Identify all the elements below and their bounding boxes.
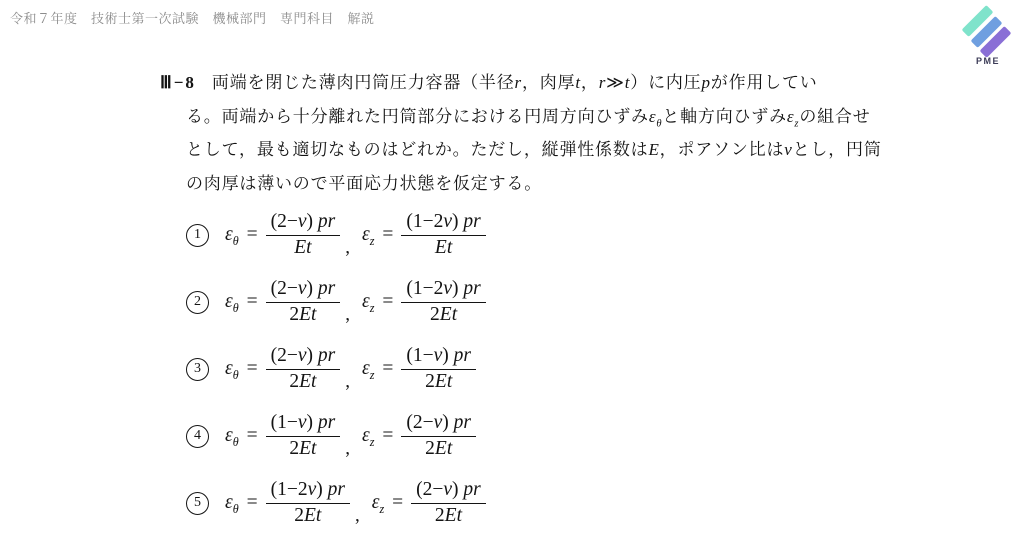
option-5-eps-z-formula: εz = (2−ν) pr 2Et	[372, 479, 486, 527]
fraction-denominator: 2Et	[435, 504, 462, 527]
option-3-eps-theta-formula: εθ = (2−ν) pr 2Et	[225, 345, 340, 393]
eps-theta-symbol: εθ	[225, 358, 239, 380]
fraction-denominator: 2Et	[294, 504, 321, 527]
option-2-number: 2	[186, 291, 209, 314]
fraction: (2−ν) pr 2Et	[266, 278, 341, 326]
eps-theta-symbol: εθ	[225, 492, 239, 514]
question-line-1: Ⅲ−8両端を閉じた薄肉円筒圧力容器（半径r，肉厚t，r≫t）に内圧pが作用してい	[160, 66, 890, 100]
fraction: (2−ν) pr 2Et	[411, 479, 486, 527]
fraction: (1−2ν) pr Et	[401, 211, 485, 259]
fraction-denominator: 2Et	[289, 437, 316, 460]
pme-logo-mark	[962, 3, 1014, 55]
equals-sign: =	[247, 291, 258, 313]
option-2-eps-theta-formula: εθ = (2−ν) pr 2Et	[225, 278, 340, 326]
option-row-4: 4 εθ = (1−ν) pr 2Et , εz = (2−ν) pr 2Et	[186, 408, 486, 464]
answer-options-list: 1 εθ = (2−ν) pr Et , εz = (1−2ν) pr Et 2	[186, 207, 486, 542]
eps-z-symbol: εz	[372, 492, 384, 514]
fraction-numerator: (2−ν) pr	[266, 345, 341, 370]
question-number: Ⅲ−8	[160, 73, 196, 92]
fraction-numerator: (1−2ν) pr	[266, 479, 350, 504]
fraction-denominator: Et	[294, 236, 311, 259]
document-title: 令和７年度 技術士第一次試験 機械部門 専門科目 解説	[10, 11, 375, 26]
fraction: (1−ν) pr 2Et	[401, 345, 476, 393]
eps-theta-symbol: εθ	[225, 291, 239, 313]
comma-separator: ,	[345, 438, 350, 460]
option-row-2: 2 εθ = (2−ν) pr 2Et , εz = (1−2ν) pr 2Et	[186, 274, 486, 330]
option-4-eps-z-formula: εz = (2−ν) pr 2Et	[362, 412, 476, 460]
fraction: (2−ν) pr Et	[266, 211, 341, 259]
equals-sign: =	[382, 224, 393, 246]
fraction-numerator: (2−ν) pr	[411, 479, 486, 504]
fraction-numerator: (1−2ν) pr	[401, 278, 485, 303]
fraction: (1−2ν) pr 2Et	[401, 278, 485, 326]
eps-z-symbol: εz	[362, 425, 374, 447]
question-line-4: の肉厚は薄いので平面応力状態を仮定する。	[186, 167, 890, 201]
eps-z-symbol: εz	[362, 291, 374, 313]
equals-sign: =	[247, 224, 258, 246]
comma-separator: ,	[345, 237, 350, 259]
pme-logo-text: PME	[959, 56, 1017, 66]
fraction-denominator: 2Et	[425, 437, 452, 460]
fraction-numerator: (2−ν) pr	[401, 412, 476, 437]
option-4-number: 4	[186, 425, 209, 448]
option-5-number: 5	[186, 492, 209, 515]
comma-separator: ,	[355, 505, 360, 527]
question-line-2: る。両端から十分離れた円筒部分における円周方向ひずみεθと軸方向ひずみεzの組合…	[186, 100, 890, 134]
comma-separator: ,	[345, 371, 350, 393]
eps-theta-symbol: εθ	[225, 425, 239, 447]
eps-z-symbol: εz	[362, 224, 374, 246]
fraction-numerator: (1−2ν) pr	[401, 211, 485, 236]
option-3-number: 3	[186, 358, 209, 381]
equals-sign: =	[382, 358, 393, 380]
fraction-denominator: 2Et	[289, 370, 316, 393]
option-5-eps-theta-formula: εθ = (1−2ν) pr 2Et	[225, 479, 350, 527]
fraction-denominator: Et	[435, 236, 452, 259]
fraction: (1−ν) pr 2Et	[266, 412, 341, 460]
option-row-1: 1 εθ = (2−ν) pr Et , εz = (1−2ν) pr Et	[186, 207, 486, 263]
option-row-3: 3 εθ = (2−ν) pr 2Et , εz = (1−ν) pr 2Et	[186, 341, 486, 397]
eps-z-symbol: εz	[362, 358, 374, 380]
fraction-numerator: (1−ν) pr	[401, 345, 476, 370]
fraction: (2−ν) pr 2Et	[401, 412, 476, 460]
exam-document-page: 令和７年度 技術士第一次試験 機械部門 専門科目 解説 PME Ⅲ−8両端を閉じ…	[0, 0, 1024, 544]
equals-sign: =	[382, 425, 393, 447]
option-1-eps-theta-formula: εθ = (2−ν) pr Et	[225, 211, 340, 259]
question-block: Ⅲ−8両端を閉じた薄肉円筒圧力容器（半径r，肉厚t，r≫t）に内圧pが作用してい…	[160, 66, 890, 200]
question-line-3: として，最も適切なものはどれか。ただし，縦弾性係数はE，ポアソン比はνとし，円筒	[186, 133, 890, 167]
fraction: (2−ν) pr 2Et	[266, 345, 341, 393]
equals-sign: =	[247, 358, 258, 380]
comma-separator: ,	[345, 304, 350, 326]
option-3-eps-z-formula: εz = (1−ν) pr 2Et	[362, 345, 476, 393]
option-2-eps-z-formula: εz = (1−2ν) pr 2Et	[362, 278, 486, 326]
equals-sign: =	[247, 492, 258, 514]
option-row-5: 5 εθ = (1−2ν) pr 2Et , εz = (2−ν) pr 2Et	[186, 475, 486, 531]
eps-theta-symbol: εθ	[225, 224, 239, 246]
pme-logo: PME	[959, 3, 1017, 66]
fraction-numerator: (2−ν) pr	[266, 211, 341, 236]
fraction: (1−2ν) pr 2Et	[266, 479, 350, 527]
fraction-denominator: 2Et	[430, 303, 457, 326]
question-text-1: 両端を閉じた薄肉円筒圧力容器（半径r，肉厚t，r≫t）に内圧pが作用してい	[212, 73, 818, 92]
document-header: 令和７年度 技術士第一次試験 機械部門 専門科目 解説	[10, 8, 375, 27]
option-4-eps-theta-formula: εθ = (1−ν) pr 2Et	[225, 412, 340, 460]
fraction-denominator: 2Et	[289, 303, 316, 326]
fraction-numerator: (1−ν) pr	[266, 412, 341, 437]
equals-sign: =	[382, 291, 393, 313]
option-1-number: 1	[186, 224, 209, 247]
fraction-denominator: 2Et	[425, 370, 452, 393]
fraction-numerator: (2−ν) pr	[266, 278, 341, 303]
equals-sign: =	[392, 492, 403, 514]
equals-sign: =	[247, 425, 258, 447]
option-1-eps-z-formula: εz = (1−2ν) pr Et	[362, 211, 486, 259]
